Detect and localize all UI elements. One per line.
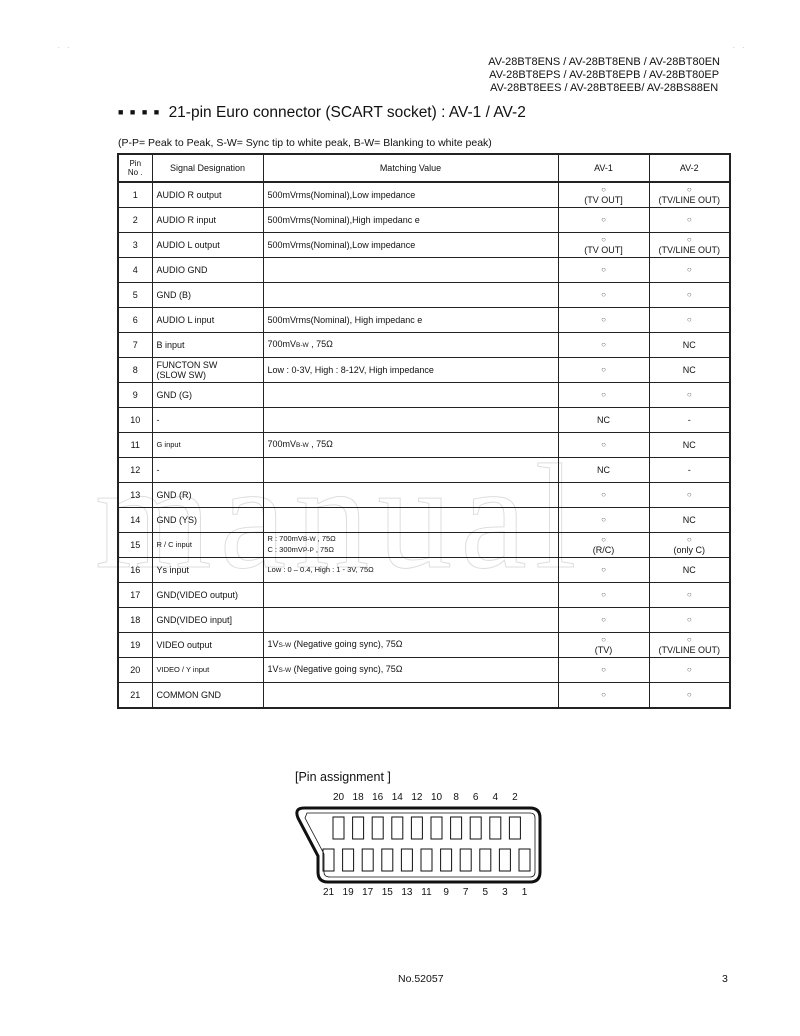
support-status: NC: [683, 440, 696, 450]
value-line: C : 300mVP-P , 75Ω: [268, 545, 554, 556]
support-status: -: [688, 415, 691, 425]
pin-contact-icon: [480, 849, 491, 871]
pin-label: 16: [372, 792, 384, 803]
av1-support: ○: [558, 483, 649, 508]
pin-label: 20: [333, 792, 345, 803]
value-line: 700mVB-W , 75Ω: [268, 339, 554, 351]
signal-text: GND(VIDEO output): [157, 590, 259, 600]
pin-number: 6: [118, 308, 152, 333]
matching-value: 500mVrms(Nominal),High impedanc e: [263, 208, 558, 233]
av1-support: ○: [558, 333, 649, 358]
pin-contact-icon: [333, 817, 344, 839]
pin-label: 13: [401, 887, 413, 898]
table-row: 5GND (B)○○: [118, 283, 730, 308]
av2-support: ○: [649, 583, 730, 608]
signal-designation: COMMON GND: [152, 683, 263, 709]
supported-circle-icon: ○: [563, 440, 645, 450]
table-row: 13GND (R)○○: [118, 483, 730, 508]
page-number: 3: [722, 973, 728, 985]
av2-support: -: [649, 408, 730, 433]
signal-designation: Ys input: [152, 558, 263, 583]
supported-circle-icon: ○: [563, 565, 645, 575]
supported-circle-icon: ○: [563, 365, 645, 375]
supported-circle-icon: ○: [563, 590, 645, 600]
document-number: No.52057: [398, 973, 444, 985]
av2-support: ○: [649, 258, 730, 283]
pin-label: 4: [493, 792, 499, 803]
signal-designation: R / C input: [152, 533, 263, 558]
av2-support: ○(TV/LINE OUT): [649, 233, 730, 258]
signal-text: GND (G): [157, 390, 259, 400]
value-line: 500mVrms(Nominal), High impedanc e: [268, 315, 554, 325]
header-av2: AV-2: [649, 154, 730, 182]
value-line: 500mVrms(Nominal),High impedanc e: [268, 215, 554, 225]
pin-label: 10: [431, 792, 443, 803]
matching-value: [263, 483, 558, 508]
pin-label: 15: [382, 887, 394, 898]
matching-value: 500mVrms(Nominal), High impedanc e: [263, 308, 558, 333]
supported-circle-icon: ○: [654, 315, 726, 325]
supported-circle-icon: ○: [654, 290, 726, 300]
av1-support: ○: [558, 383, 649, 408]
support-note: (TV/LINE OUT): [658, 195, 720, 205]
value-line: 700mVB-W , 75Ω: [268, 439, 554, 451]
av2-support: ○(TV/LINE OUT): [649, 633, 730, 658]
signal-text: GND(VIDEO input]: [157, 615, 259, 625]
matching-value: [263, 383, 558, 408]
pin-number: 18: [118, 608, 152, 633]
matching-value: [263, 408, 558, 433]
pin-label: 14: [392, 792, 404, 803]
support-note: (TV/LINE OUT): [658, 245, 720, 255]
table-row: 1AUDIO R output500mVrms(Nominal),Low imp…: [118, 182, 730, 208]
matching-value: 1VS-W (Negative going sync), 75Ω: [263, 658, 558, 683]
pin-number: 5: [118, 283, 152, 308]
signal-designation: AUDIO R output: [152, 182, 263, 208]
value-line: 500mVrms(Nominal),Low impedance: [268, 240, 554, 250]
supported-circle-icon: ○: [654, 615, 726, 625]
signal-designation: FUNCTON SW(SLOW SW): [152, 358, 263, 383]
av2-support: ○(TV/LINE OUT): [649, 182, 730, 208]
header-pin-no: Pin No .: [118, 154, 152, 182]
support-status: NC: [683, 365, 696, 375]
av1-support: ○: [558, 283, 649, 308]
supported-circle-icon: ○: [563, 615, 645, 625]
pin-label: 18: [353, 792, 365, 803]
supported-circle-icon: ○: [654, 535, 726, 545]
signal-text: R / C input: [157, 540, 259, 550]
table-row: 4AUDIO GND○○: [118, 258, 730, 283]
support-status: -: [688, 465, 691, 475]
value-line: Low : 0 – 0.4, High : 1 - 3V, 75Ω: [268, 565, 554, 575]
supported-circle-icon: ○: [654, 215, 726, 225]
support-note: (only C): [673, 545, 705, 555]
supported-circle-icon: ○: [654, 265, 726, 275]
av1-support: ○: [558, 683, 649, 709]
av2-support: ○: [649, 308, 730, 333]
supported-circle-icon: ○: [654, 635, 726, 645]
supported-circle-icon: ○: [654, 390, 726, 400]
table-row: 3AUDIO L output500mVrms(Nominal),Low imp…: [118, 233, 730, 258]
signal-text: AUDIO R output: [157, 190, 259, 200]
corner-mark-right: . .: [733, 44, 747, 50]
pin-label: 1: [522, 887, 528, 898]
supported-circle-icon: ○: [563, 185, 645, 195]
pin-label: 21: [323, 887, 335, 898]
table-row: 11G input700mVB-W , 75Ω○NC: [118, 433, 730, 458]
pin-number: 20: [118, 658, 152, 683]
signal-designation: B input: [152, 333, 263, 358]
av1-support: ○: [558, 658, 649, 683]
signal-text: -: [157, 465, 259, 475]
pin-contact-icon: [431, 817, 442, 839]
table-row: 18GND(VIDEO input]○○: [118, 608, 730, 633]
av1-support: ○: [558, 258, 649, 283]
pin-label: 9: [443, 887, 449, 898]
section-title-text: 21-pin Euro connector (SCART socket) : A…: [169, 104, 526, 121]
pin-number: 2: [118, 208, 152, 233]
signal-designation: G input: [152, 433, 263, 458]
supported-circle-icon: ○: [563, 665, 645, 675]
supported-circle-icon: ○: [563, 535, 645, 545]
section-title: ■ ■ ■ ■ 21-pin Euro connector (SCART soc…: [118, 104, 526, 122]
av1-support: ○: [558, 608, 649, 633]
pin-number: 8: [118, 358, 152, 383]
av1-support: ○: [558, 308, 649, 333]
av2-support: ○: [649, 658, 730, 683]
pin-number: 11: [118, 433, 152, 458]
av1-support: ○(TV OUT]: [558, 182, 649, 208]
av1-support: ○: [558, 558, 649, 583]
av1-support: NC: [558, 458, 649, 483]
table-row: 7B input700mVB-W , 75Ω○NC: [118, 333, 730, 358]
pin-contact-icon: [323, 849, 334, 871]
signal-designation: -: [152, 458, 263, 483]
pin-contact-icon: [362, 849, 373, 871]
pin-number: 16: [118, 558, 152, 583]
av2-support: NC: [649, 358, 730, 383]
av2-support: ○: [649, 483, 730, 508]
table-row: 6AUDIO L input500mVrms(Nominal), High im…: [118, 308, 730, 333]
supported-circle-icon: ○: [563, 265, 645, 275]
supported-circle-icon: ○: [563, 215, 645, 225]
pin-contact-icon: [411, 817, 422, 839]
square-bullets-icon: ■ ■ ■ ■: [118, 107, 161, 117]
supported-circle-icon: ○: [654, 490, 726, 500]
table-row: 8FUNCTON SW(SLOW SW)Low : 0-3V, High : 8…: [118, 358, 730, 383]
av1-support: ○(R/C): [558, 533, 649, 558]
matching-value: [263, 283, 558, 308]
table-header-row: Pin No . Signal Designation Matching Val…: [118, 154, 730, 182]
signal-designation: -: [152, 408, 263, 433]
matching-value: [263, 683, 558, 709]
table-row: 2AUDIO R input500mVrms(Nominal),High imp…: [118, 208, 730, 233]
supported-circle-icon: ○: [654, 665, 726, 675]
model-list: AV-28BT8ENS / AV-28BT8ENB / AV-28BT80EN …: [488, 56, 720, 95]
pin-contact-icon: [353, 817, 364, 839]
support-note: (TV): [595, 645, 613, 655]
signal-text: Ys input: [157, 565, 259, 575]
signal-text: COMMON GND: [157, 690, 259, 700]
pin-contact-icon: [519, 849, 530, 871]
header-av1: AV-1: [558, 154, 649, 182]
value-line: 1VS-W (Negative going sync), 75Ω: [268, 664, 554, 676]
support-note: (TV/LINE OUT): [658, 645, 720, 655]
av1-support: ○: [558, 358, 649, 383]
signal-text: AUDIO GND: [157, 265, 259, 275]
av1-support: ○(TV OUT]: [558, 233, 649, 258]
table-row: 17GND(VIDEO output)○○: [118, 583, 730, 608]
pin-contact-icon: [499, 849, 510, 871]
pin-number: 14: [118, 508, 152, 533]
av2-support: ○: [649, 608, 730, 633]
signal-text: G input: [157, 440, 259, 450]
model-line: AV-28BT8EPS / AV-28BT8EPB / AV-28BT80EP: [488, 69, 720, 82]
pin-number: 1: [118, 182, 152, 208]
pin-contact-icon: [441, 849, 452, 871]
pin-contact-icon: [451, 817, 462, 839]
matching-value: R : 700mVB-W , 75ΩC : 300mVP-P , 75Ω: [263, 533, 558, 558]
supported-circle-icon: ○: [563, 315, 645, 325]
pin-label: 5: [483, 887, 489, 898]
signal-text: FUNCTON SW: [157, 360, 259, 370]
signal-text: AUDIO R input: [157, 215, 259, 225]
supported-circle-icon: ○: [563, 340, 645, 350]
support-status: NC: [683, 565, 696, 575]
signal-designation: GND (R): [152, 483, 263, 508]
supported-circle-icon: ○: [563, 490, 645, 500]
signal-text: -: [157, 415, 259, 425]
supported-circle-icon: ○: [654, 235, 726, 245]
signal-designation: GND (G): [152, 383, 263, 408]
scart-pin-table: Pin No . Signal Designation Matching Val…: [117, 153, 731, 709]
value-line: R : 700mVB-W , 75Ω: [268, 534, 554, 545]
table-row: 20VIDEO / Y input1VS-W (Negative going s…: [118, 658, 730, 683]
support-note: (TV OUT]: [584, 245, 623, 255]
av1-support: NC: [558, 408, 649, 433]
pin-number: 12: [118, 458, 152, 483]
supported-circle-icon: ○: [563, 690, 645, 700]
matching-value: Low : 0-3V, High : 8-12V, High impedance: [263, 358, 558, 383]
signal-text-line2: (SLOW SW): [157, 370, 259, 380]
matching-value: 1VS-W (Negative going sync), 75Ω: [263, 633, 558, 658]
value-line: Low : 0-3V, High : 8-12V, High impedance: [268, 365, 554, 375]
pin-label: 12: [411, 792, 423, 803]
matching-value: Low : 0 – 0.4, High : 1 - 3V, 75Ω: [263, 558, 558, 583]
av2-support: NC: [649, 558, 730, 583]
matching-value: [263, 508, 558, 533]
support-status: NC: [683, 340, 696, 350]
supported-circle-icon: ○: [563, 390, 645, 400]
pin-label: 2: [512, 792, 518, 803]
pin-contact-icon: [509, 817, 520, 839]
signal-designation: GND(VIDEO output): [152, 583, 263, 608]
matching-value: [263, 608, 558, 633]
signal-text: VIDEO / Y input: [157, 665, 259, 675]
signal-designation: AUDIO L output: [152, 233, 263, 258]
matching-value: 500mVrms(Nominal),Low impedance: [263, 233, 558, 258]
matching-value: 500mVrms(Nominal),Low impedance: [263, 182, 558, 208]
signal-text: B input: [157, 340, 259, 350]
signal-designation: VIDEO output: [152, 633, 263, 658]
pin-contact-icon: [372, 817, 383, 839]
matching-value: 700mVB-W , 75Ω: [263, 433, 558, 458]
matching-value: 700mVB-W , 75Ω: [263, 333, 558, 358]
av2-support: ○: [649, 283, 730, 308]
abbreviation-legend: (P-P= Peak to Peak, S-W= Sync tip to whi…: [118, 137, 492, 149]
support-status: NC: [597, 465, 610, 475]
signal-text: GND (B): [157, 290, 259, 300]
table-row: 9GND (G)○○: [118, 383, 730, 408]
av1-support: ○: [558, 208, 649, 233]
pin-label: 8: [453, 792, 459, 803]
pin-number: 17: [118, 583, 152, 608]
pin-contact-icon: [460, 849, 471, 871]
supported-circle-icon: ○: [654, 590, 726, 600]
pin-number: 9: [118, 383, 152, 408]
pin-number: 10: [118, 408, 152, 433]
pin-contact-icon: [490, 817, 501, 839]
table-row: 19VIDEO output1VS-W (Negative going sync…: [118, 633, 730, 658]
pin-contact-icon: [392, 817, 403, 839]
matching-value: [263, 458, 558, 483]
header-matching-value: Matching Value: [263, 154, 558, 182]
signal-designation: AUDIO GND: [152, 258, 263, 283]
supported-circle-icon: ○: [563, 290, 645, 300]
av1-support: ○: [558, 583, 649, 608]
supported-circle-icon: ○: [654, 690, 726, 700]
value-line: 1VS-W (Negative going sync), 75Ω: [268, 639, 554, 651]
signal-designation: GND (B): [152, 283, 263, 308]
pin-contact-icon: [382, 849, 393, 871]
signal-designation: AUDIO R input: [152, 208, 263, 233]
av2-support: NC: [649, 333, 730, 358]
signal-text: GND (YS): [157, 515, 259, 525]
pin-contact-icon: [470, 817, 481, 839]
pin-label: 17: [362, 887, 374, 898]
model-line: AV-28BT8EES / AV-28BT8EEB/ AV-28BS88EN: [488, 82, 720, 95]
scart-connector-diagram: 2018161412108642 21191715131197531: [290, 786, 550, 898]
supported-circle-icon: ○: [654, 185, 726, 195]
header-signal: Signal Designation: [152, 154, 263, 182]
support-note: (TV OUT]: [584, 195, 623, 205]
support-status: NC: [683, 515, 696, 525]
pin-label: 7: [463, 887, 469, 898]
pin-label: 3: [502, 887, 508, 898]
supported-circle-icon: ○: [563, 515, 645, 525]
pin-assignment-label: [Pin assignment ]: [295, 770, 391, 784]
av2-support: ○: [649, 208, 730, 233]
av1-support: ○: [558, 433, 649, 458]
signal-text: VIDEO output: [157, 640, 259, 650]
pin-contact-icon: [421, 849, 432, 871]
signal-designation: GND (YS): [152, 508, 263, 533]
pin-number: 19: [118, 633, 152, 658]
av2-support: NC: [649, 508, 730, 533]
signal-text: AUDIO L output: [157, 240, 259, 250]
supported-circle-icon: ○: [563, 635, 645, 645]
table-row: 10-NC-: [118, 408, 730, 433]
signal-text: GND (R): [157, 490, 259, 500]
signal-designation: VIDEO / Y input: [152, 658, 263, 683]
pin-label: 6: [473, 792, 479, 803]
pin-label: 11: [421, 887, 432, 898]
pin-number: 13: [118, 483, 152, 508]
pin-number: 21: [118, 683, 152, 709]
table-row: 21COMMON GND○○: [118, 683, 730, 709]
pin-contact-icon: [343, 849, 354, 871]
av2-support: ○: [649, 683, 730, 709]
pin-number: 7: [118, 333, 152, 358]
pin-contact-icon: [401, 849, 412, 871]
signal-designation: AUDIO L input: [152, 308, 263, 333]
matching-value: [263, 583, 558, 608]
pin-label: 19: [343, 887, 355, 898]
table-body: 1AUDIO R output500mVrms(Nominal),Low imp…: [118, 182, 730, 708]
pin-number: 3: [118, 233, 152, 258]
pin-number: 4: [118, 258, 152, 283]
signal-text: AUDIO L input: [157, 315, 259, 325]
model-line: AV-28BT8ENS / AV-28BT8ENB / AV-28BT80EN: [488, 56, 720, 69]
table-row: 16Ys inputLow : 0 – 0.4, High : 1 - 3V, …: [118, 558, 730, 583]
matching-value: [263, 258, 558, 283]
av1-support: ○: [558, 508, 649, 533]
corner-mark-left: . .: [58, 44, 72, 50]
table-row: 12-NC-: [118, 458, 730, 483]
av2-support: ○(only C): [649, 533, 730, 558]
av2-support: -: [649, 458, 730, 483]
av2-support: NC: [649, 433, 730, 458]
table-row: 15R / C inputR : 700mVB-W , 75ΩC : 300mV…: [118, 533, 730, 558]
support-status: NC: [597, 415, 610, 425]
table-row: 14GND (YS)○NC: [118, 508, 730, 533]
av2-support: ○: [649, 383, 730, 408]
support-note: (R/C): [593, 545, 615, 555]
value-line: 500mVrms(Nominal),Low impedance: [268, 190, 554, 200]
av1-support: ○(TV): [558, 633, 649, 658]
pin-number: 15: [118, 533, 152, 558]
supported-circle-icon: ○: [563, 235, 645, 245]
signal-designation: GND(VIDEO input]: [152, 608, 263, 633]
